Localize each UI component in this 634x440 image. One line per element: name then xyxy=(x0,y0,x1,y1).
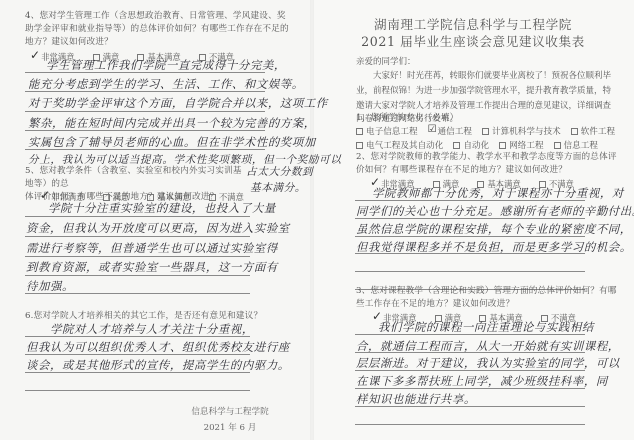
q4-answer-line: 学生管理工作我们学院一直完成得十分完美， xyxy=(46,57,286,73)
option-label: 软件工程 xyxy=(581,125,615,137)
q3-label-line: 3、您对课程教学（含理论和实践）管理方面的总体评价如何？有哪 xyxy=(356,285,621,298)
checkmark-icon: ✓ xyxy=(30,48,40,62)
major-option-automation[interactable]: 自动化 xyxy=(453,139,489,151)
answer-rule xyxy=(355,334,585,335)
document-title-line2: 2021 届毕业生座谈会意见建议收集表 xyxy=(312,31,634,50)
q3-answer-line: 我们学院的课程一向注重理论与实践相结 xyxy=(378,319,594,335)
q6-answer-line: 谈会，或是其他形式的宣传，提高学生的内驱力。 xyxy=(26,357,290,373)
answer-rule xyxy=(355,200,585,201)
option-label: 信息工程 xyxy=(564,139,598,151)
page-fold xyxy=(310,0,314,440)
q4-answer-line: 能充分考虑到学生的学习、生活、工作、和文娱等。 xyxy=(28,76,304,92)
footer: 信息科学与工程学院 2021 年 6 月 xyxy=(170,405,290,433)
q1-majors-row2: 电气工程及其自动化 自动化 网络工程 信息工程 xyxy=(356,139,598,151)
option-label: 自动化 xyxy=(463,139,489,151)
question-1: 1、您所学的专业（必填） xyxy=(356,112,458,125)
q5-answer-line: 学院十分注重实验室的建设，也投入了大量 xyxy=(48,200,276,216)
q5-answer-line: 需进行考察等，但普通学生也可以通过实验室得 xyxy=(26,240,278,256)
option-label: 电气工程及其自动化 xyxy=(366,139,443,151)
intro-line: 大家好！时光荏苒，转眼你们就要毕业离校了！预祝各位顺利毕 xyxy=(356,69,616,84)
checkbox-icon xyxy=(499,142,506,149)
q2-answer-line: 同学们的关心也十分充足。感谢所有老师的辛勤付出。 xyxy=(356,203,634,219)
answer-rule xyxy=(25,111,265,112)
footer-org: 信息科学与工程学院 xyxy=(170,405,290,417)
answer-rule xyxy=(25,372,250,373)
major-option-info-eng[interactable]: 信息工程 xyxy=(554,139,598,151)
checkbox-icon xyxy=(571,128,578,135)
answer-rule xyxy=(25,72,265,73)
checkbox-icon xyxy=(356,142,363,149)
answer-rule xyxy=(355,352,585,353)
q3-answer-line: 层层渐进。对于建议，我认为实验室的同学，可以 xyxy=(356,355,620,371)
answer-rule xyxy=(355,370,585,371)
checkbox-icon xyxy=(356,128,363,135)
answer-rule xyxy=(25,275,250,276)
q5-answer-line: 待加强。 xyxy=(26,278,74,294)
checkbox-icon xyxy=(482,128,489,135)
q4-margin-note: 占太大分数到 xyxy=(246,164,313,179)
intro-line: 业，前程似锦！为进一步加强学院管理水平，提升教育教学质量，特 xyxy=(356,84,616,99)
answer-rule xyxy=(25,236,250,237)
option-label: 计算机科学与技术 xyxy=(492,125,561,137)
q3-label-line: 些工作存在不足的地方？建议如何改进？ xyxy=(356,298,621,311)
q2-label-line: 价如何？有哪些课程存在不足的地方？建议如何改进？ xyxy=(356,164,621,177)
q2-answer-line: 学院教师都十分优秀，对于课程亦十分重视，对 xyxy=(372,185,624,201)
q3-answer-line: 在课下多多帮扶班上同学，减少班级挂科率，同 xyxy=(356,373,608,389)
answer-rule xyxy=(25,130,265,131)
major-option-network[interactable]: 网络工程 xyxy=(499,139,543,151)
q4-margin-note: 基本满分。 xyxy=(250,180,306,195)
option-label: 网络工程 xyxy=(509,139,543,151)
answer-rule xyxy=(355,271,585,272)
answer-rule xyxy=(355,388,585,389)
q2-answer-line: 虽然信息学院的课程安排，每个专业的紧密度不同， xyxy=(356,221,632,237)
q4-answer-line: 实属包含了辅导员老师的心血。但在非学术性的奖项加 xyxy=(28,134,316,150)
q5-label-line: 5、您对教学条件（含教室、实验室和校内外实习实训基地等）的总 xyxy=(25,165,250,191)
q4-answer-line: 对于奖助学金评审这个方面，自学院合并以来，这项工作 xyxy=(28,95,328,111)
question-4: 4、您对学生管理工作（含思想政治教育、日常管理、学风建设、奖 助学金评审和就业指… xyxy=(25,10,290,49)
question-2: 2、您对学院教师的教学能力、教学水平和教学态度等方面的总体评 价如何？有哪些课程… xyxy=(356,151,621,177)
major-option-software[interactable]: 软件工程 xyxy=(571,125,615,137)
q6-answer-line: 学院对人才培养与人才关注十分重视， xyxy=(50,321,254,337)
q6-answer-line: 但我认为可以组织优秀人才、组织优秀校友进行座 xyxy=(26,339,290,355)
q5-answer-line: 资金，但我认为开放度可以更高，因为进入实验室 xyxy=(26,220,290,236)
question-3: 3、您对课程教学（含理论和实践）管理方面的总体评价如何？有哪 些工作存在不足的地… xyxy=(356,285,621,311)
footer-date: 2021 年 6 月 xyxy=(170,421,290,433)
answer-rule xyxy=(355,253,585,254)
major-option-communication[interactable]: ☑通信工程 xyxy=(428,125,472,137)
checkmark-icon: ☑ xyxy=(428,124,437,135)
answer-rule xyxy=(25,91,265,92)
checkbox-icon xyxy=(554,142,561,149)
major-option-computer-science[interactable]: 计算机科学与技术 xyxy=(482,125,561,137)
major-option-electronic-info[interactable]: 电子信息工程 xyxy=(356,125,418,137)
q4-answer-line: 繁杂，能在短时间内完成并出具一个较为完善的方案， xyxy=(28,115,316,131)
answer-rule xyxy=(25,149,265,150)
q2-label-line: 2、您对学院教师的教学能力、教学水平和教学态度等方面的总体评 xyxy=(356,151,621,164)
q1-majors-row1: 电子信息工程 ☑通信工程 计算机科学与技术 软件工程 xyxy=(356,125,615,137)
checkbox-icon xyxy=(453,142,460,149)
answer-rule xyxy=(355,424,585,425)
q5-answer-line: 到教育资源，或者实验室一些器具，这一方面有 xyxy=(26,259,278,275)
answer-rule xyxy=(25,390,250,391)
answer-rule xyxy=(355,218,585,219)
option-label: 通信工程 xyxy=(438,125,472,137)
q4-label-line: 助学金评审和就业指导等）的总体评价如何？有哪些工作存在不足的 xyxy=(25,23,290,36)
answer-rule xyxy=(25,336,250,337)
answer-rule xyxy=(25,293,250,294)
q3-answer-line: 样知识也能进行共享。 xyxy=(356,391,476,407)
answer-rule xyxy=(355,236,585,237)
answer-rule xyxy=(25,216,250,217)
greeting: 亲爱的同学们： xyxy=(356,55,416,70)
answer-rule xyxy=(355,406,585,407)
option-label: 电子信息工程 xyxy=(366,125,418,137)
answer-rule xyxy=(25,354,250,355)
q4-label-line: 地方？建议如何改进？ xyxy=(25,36,290,49)
major-option-electrical[interactable]: 电气工程及其自动化 xyxy=(356,139,443,151)
answer-rule xyxy=(25,256,250,257)
q4-label-line: 4、您对学生管理工作（含思想政治教育、日常管理、学风建设、奖 xyxy=(25,10,290,23)
